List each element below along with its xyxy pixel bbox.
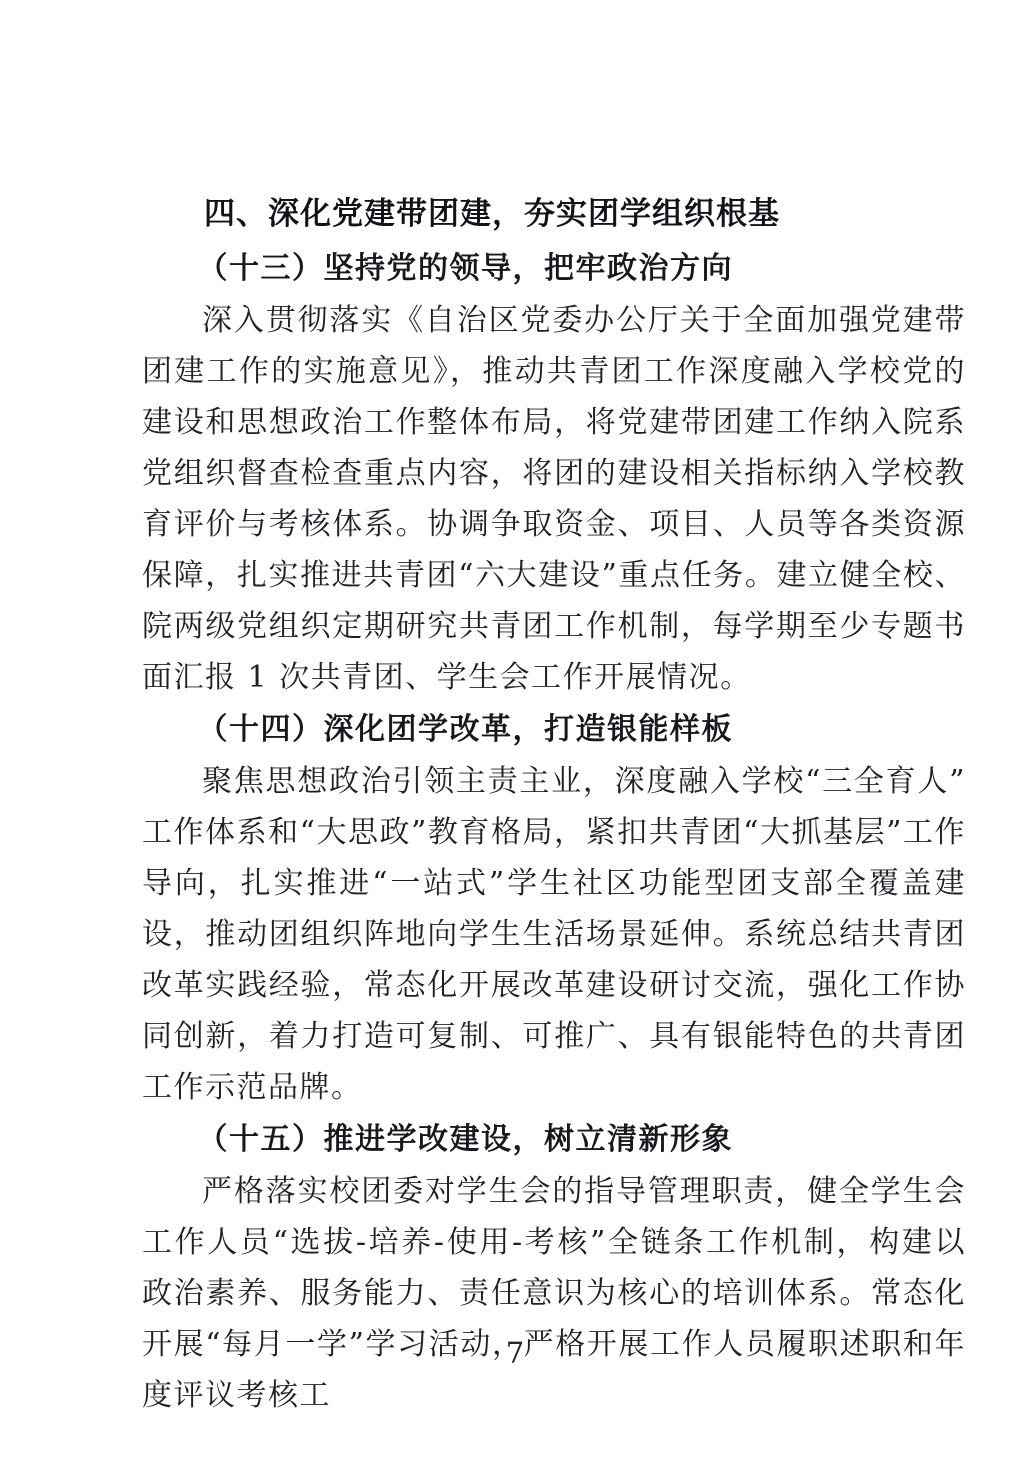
paragraph-13: 深入贯彻落实《自治区党委办公厅关于全面加强党建带团建工作的实施意见》，推动共青团… (142, 295, 966, 703)
document-page: 四、深化党建带团建，夯实团学组织根基 （十三）坚持党的领导，把牢政治方向 深入贯… (0, 0, 1030, 1476)
document-content: 四、深化党建带团建，夯实团学组织根基 （十三）坚持党的领导，把牢政治方向 深入贯… (142, 186, 966, 1421)
section-heading: 四、深化党建带团建，夯实团学组织根基 (142, 186, 966, 242)
subsection-heading-13: （十三）坚持党的领导，把牢政治方向 (142, 242, 966, 295)
subsection-heading-14: （十四）深化团学改革，打造银能样板 (142, 703, 966, 756)
page-number: 7 (0, 1336, 1030, 1370)
subsection-heading-15: （十五）推进学改建设，树立清新形象 (142, 1113, 966, 1166)
paragraph-15: 严格落实校团委对学生会的指导管理职责，健全学生会工作人员“选拔-培养-使用-考核… (142, 1166, 966, 1421)
paragraph-14: 聚焦思想政治引领主责主业，深度融入学校“三全育人”工作体系和“大思政”教育格局，… (142, 756, 966, 1113)
